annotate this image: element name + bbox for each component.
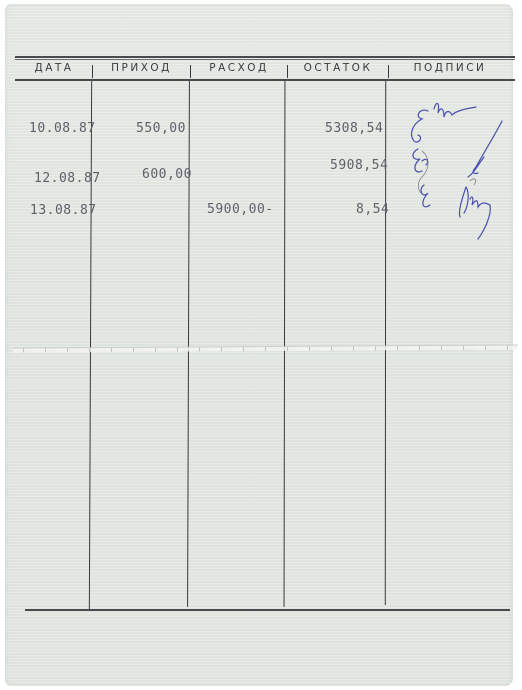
header-bottom-rule [15, 79, 515, 81]
footer-rule [25, 609, 510, 611]
column-header-signatures: ПОДПИСИ [389, 62, 511, 78]
column-header-expense: РАСХОД [191, 62, 287, 78]
entry-income: 550,00 [136, 121, 186, 136]
header-top-rule [15, 56, 515, 58]
column-header-balance: ОСТАТОК [288, 62, 388, 78]
column-divider [89, 81, 92, 609]
entry-balance: 5308,54 [325, 121, 383, 136]
entry-date: 13.08.87 [30, 203, 97, 218]
entry-income: 600,00 [142, 167, 192, 182]
column-header-income: ПРИХОД [93, 62, 190, 78]
column-divider [187, 81, 190, 607]
entry-date: 12.08.87 [34, 171, 101, 186]
fold-crease [13, 344, 518, 352]
entry-balance: 8,54 [356, 202, 389, 217]
signature-icon [400, 99, 510, 249]
entry-balance: 5908,54 [330, 158, 388, 173]
ledger-page: ДАТА ПРИХОД РАСХОД ОСТАТОК ПОДПИСИ 10.08… [5, 4, 513, 686]
entry-expense: 5900,00- [207, 202, 274, 217]
column-header-date: ДАТА [15, 62, 93, 78]
column-divider [284, 81, 286, 607]
entry-date: 10.08.87 [29, 121, 96, 136]
header-top-rule-thin [15, 59, 515, 60]
